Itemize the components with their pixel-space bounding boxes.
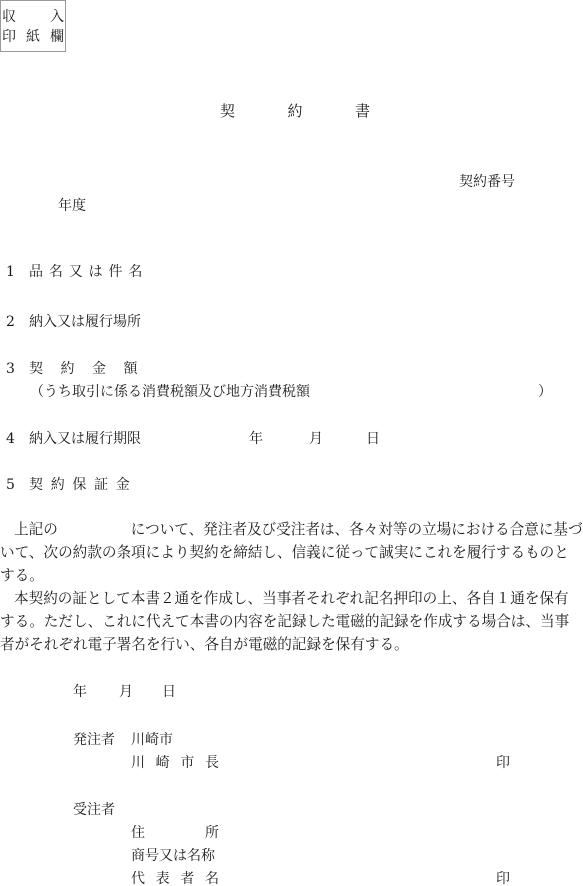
title-char: 約 — [287, 104, 302, 119]
contract-number-label: 契約番号 — [459, 175, 515, 189]
item-number: 4 — [6, 432, 29, 446]
address-label-char: 所 — [205, 826, 219, 840]
representative-label-char: 表 — [156, 872, 170, 886]
deadline-month-label: 月 — [309, 432, 323, 446]
deadline-year-label: 年 — [249, 432, 263, 446]
signature-month-label: 月 — [119, 685, 133, 699]
item-label: 納入又は履行期限 — [29, 432, 141, 446]
item-1: 1 品名又は件名 — [6, 265, 148, 279]
contractor-address-label: 住 所 — [131, 826, 219, 840]
orderer-title-char: 川 — [131, 756, 145, 770]
contractor-label: 受注者 — [73, 803, 115, 817]
orderer-title-char: 長 — [205, 756, 219, 770]
para1-prefix: 上記の — [0, 521, 58, 538]
tax-amount-note: （うち取引に係る消費税額及び地方消費税額 — [30, 385, 310, 399]
body-paragraph-2: 本契約の証として本書２通を作成し、当事者それぞれ記名押印の上、各自１通を保有する… — [0, 587, 583, 656]
orderer-name: 川崎市 — [131, 733, 173, 747]
document-title: 契 約 書 — [220, 104, 370, 119]
orderer-title-char: 市 — [180, 756, 194, 770]
contractor-representative-label: 代 表 者 名 — [131, 872, 219, 886]
signature-year-label: 年 — [73, 685, 87, 699]
item-number: 1 — [6, 265, 29, 279]
orderer-seal-mark: 印 — [496, 756, 510, 770]
stamp-box-char: 紙 — [26, 30, 40, 44]
item-3: 3 契約金額 — [6, 362, 155, 376]
item-label: 納入又は履行場所 — [29, 315, 141, 329]
revenue-stamp-box: 収 入 印 紙 欄 — [0, 0, 66, 52]
signature-day-label: 日 — [162, 685, 176, 699]
contractor-company-label: 商号又は名称 — [131, 849, 215, 863]
item-number: 5 — [6, 478, 29, 492]
item-4: 4 納入又は履行期限 — [6, 432, 141, 446]
representative-label-char: 名 — [205, 872, 219, 886]
stamp-box-char: 入 — [50, 10, 64, 24]
item-5: 5 契約保証金 — [6, 478, 138, 492]
stamp-box-row-2: 印 紙 欄 — [2, 30, 64, 44]
contractor-seal-mark: 印 — [496, 872, 510, 886]
body-paragraph-1: 上記のについて、発注者及び受注者は、各々対等の立場における合意に基づいて、次の約… — [0, 518, 583, 587]
representative-label-char: 代 — [131, 872, 145, 886]
item-label: 契約金額 — [29, 362, 155, 376]
stamp-box-char: 収 — [2, 10, 16, 24]
stamp-box-row-1: 収 入 — [2, 10, 64, 24]
para1-text: について、発注者及び受注者は、各々対等の立場における合意に基づいて、次の約款の条… — [0, 521, 583, 584]
stamp-box-char: 欄 — [50, 30, 64, 44]
orderer-title-char: 崎 — [156, 756, 170, 770]
stamp-box-char: 印 — [2, 30, 16, 44]
item-label: 品名又は件名 — [29, 265, 148, 279]
fiscal-year-label: 年度 — [58, 199, 86, 213]
deadline-day-label: 日 — [366, 432, 380, 446]
tax-amount-note-close: ） — [538, 385, 552, 399]
item-label: 契約保証金 — [29, 478, 138, 492]
item-number: 3 — [6, 362, 29, 376]
item-number: 2 — [6, 315, 29, 329]
address-label-char: 住 — [131, 826, 145, 840]
orderer-label: 発注者 — [73, 733, 115, 747]
title-char: 契 — [220, 104, 235, 119]
item-2: 2 納入又は履行場所 — [6, 315, 141, 329]
title-char: 書 — [355, 104, 370, 119]
representative-label-char: 者 — [180, 872, 194, 886]
orderer-title: 川 崎 市 長 — [131, 756, 219, 770]
